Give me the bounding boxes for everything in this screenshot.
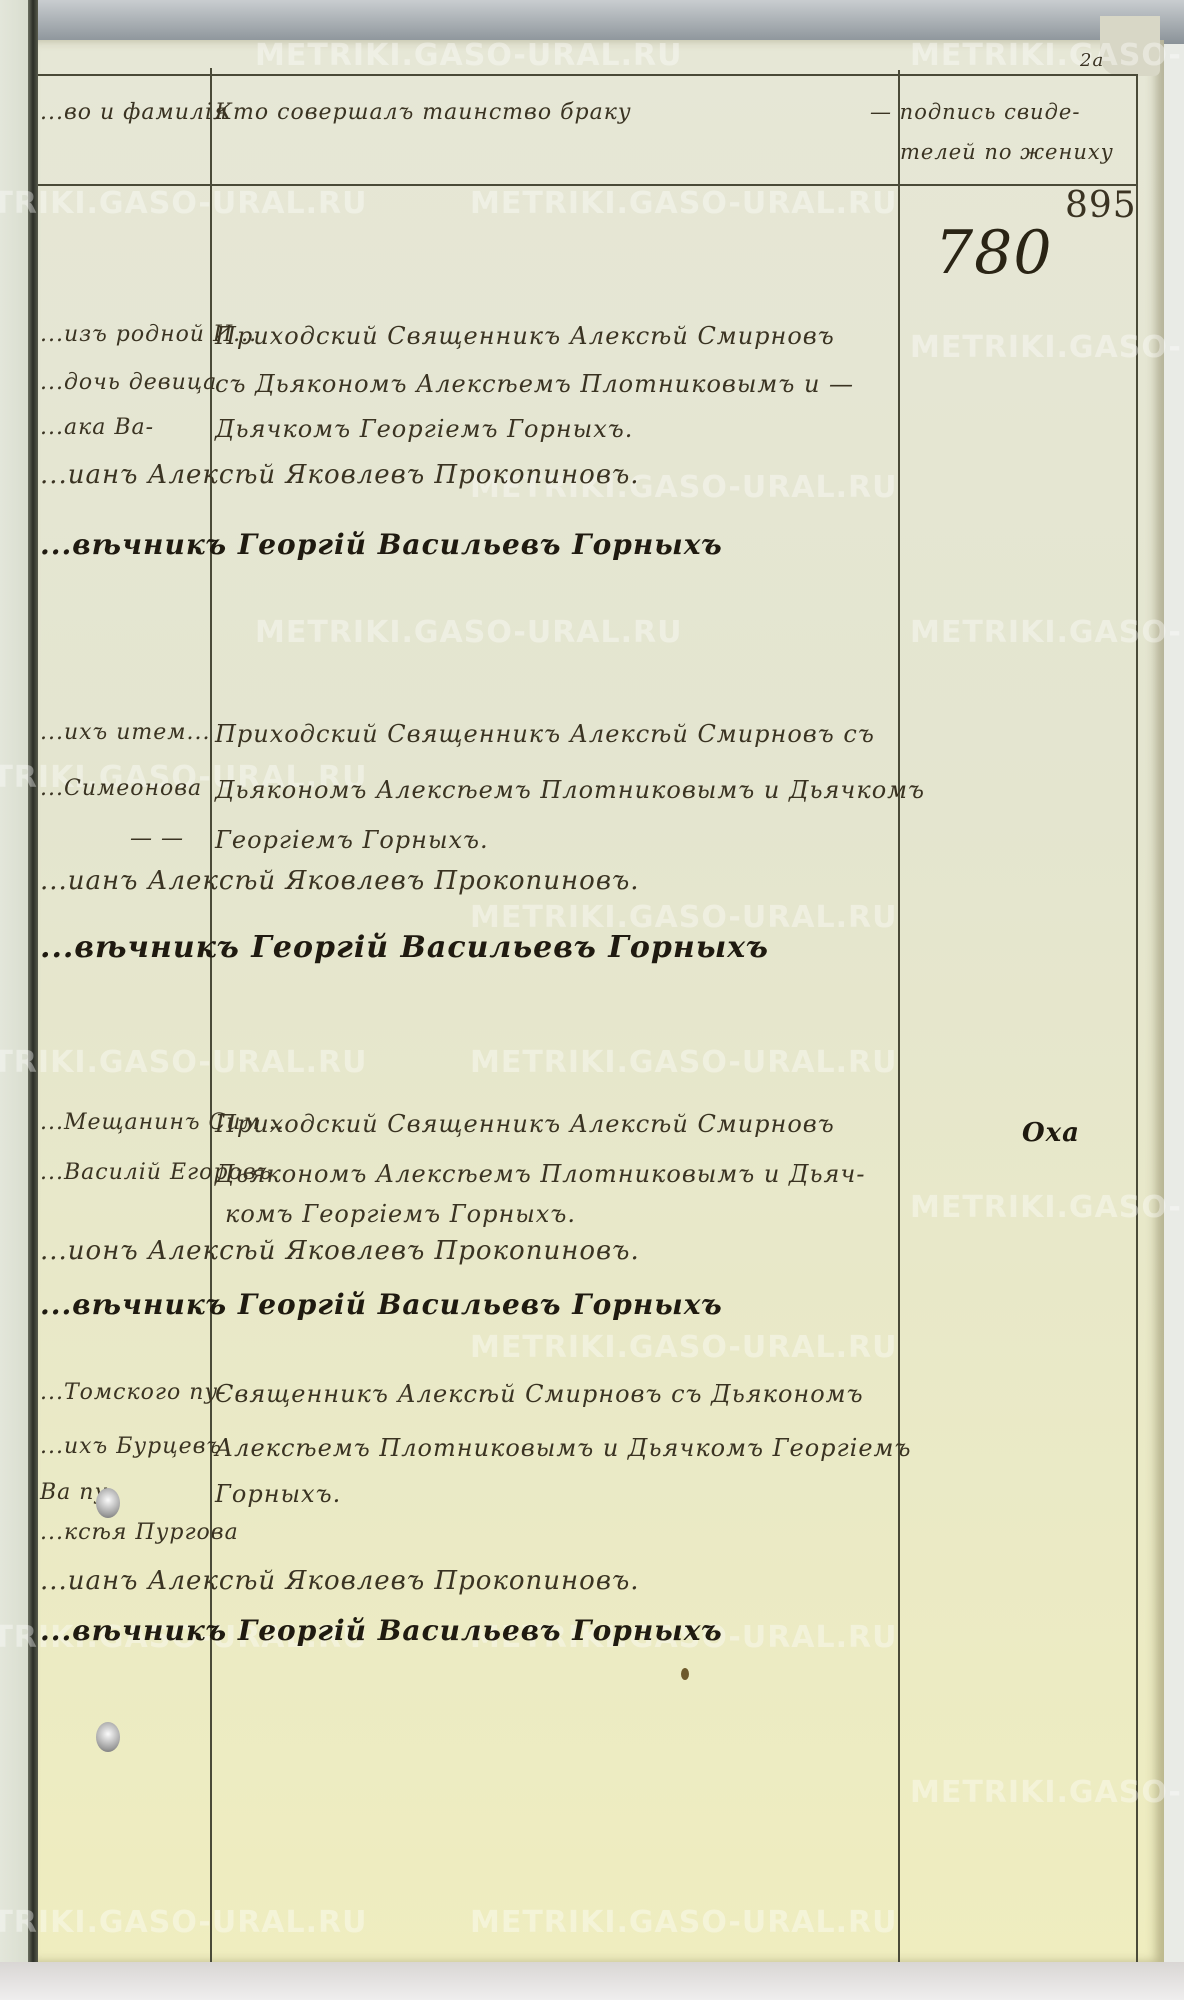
officiant-line: Священникъ Алексѣй Смирновъ съ Дьякономъ (215, 1380, 864, 1408)
witness-signature: ...вѣчникъ Георгій Васильевъ Горныхъ (40, 930, 769, 965)
witness-signature: ...ианъ Алексѣй Яковлевъ Прокопиновъ. (40, 1566, 640, 1596)
watermark: METRIKI.GASO-URAL.RU (910, 38, 1184, 73)
column-divider-1 (210, 68, 212, 1962)
watermark: METRIKI.GASO-URAL.RU (470, 1330, 898, 1365)
witness-signature: ...вѣчникъ Георгій Васильевъ Горныхъ (40, 1288, 723, 1321)
witness-signature: ...ианъ Алексѣй Яковлевъ Прокопиновъ. (40, 460, 640, 490)
entry-left-line: ...ихъ итем... (40, 720, 210, 745)
officiant-line: комъ Георгіемъ Горныхъ. (225, 1200, 576, 1228)
officiant-line: Приходский Священникъ Алексѣй Смирновъ с… (215, 720, 875, 748)
margin-number: 780 (935, 218, 1053, 288)
column-divider-2 (898, 70, 900, 1962)
watermark: METRIKI.GASO-URAL.RU (255, 615, 683, 650)
officiant-line: Приходский Священникъ Алексѣй Смирновъ (215, 1110, 835, 1138)
watermark: METRIKI.GASO-URAL.RU (470, 1045, 898, 1080)
header-column-3-line-2: телей по жениху (900, 140, 1114, 164)
officiant-line: съ Дьякономъ Алексѣемъ Плотниковымъ и — (215, 370, 854, 398)
entry-left-line: ...ксѣя Пургова (40, 1520, 239, 1545)
watermark: METRIKI.GASO-URAL.RU (910, 1190, 1184, 1225)
watermark: METRIKI.GASO-URAL.RU (255, 38, 683, 73)
officiant-line: Дьякономъ Алексѣемъ Плотниковымъ и Дьячк… (215, 776, 925, 804)
entry-left-line: ...ака Ва- (40, 415, 154, 440)
officiant-line: Приходский Священникъ Алексѣй Смирновъ (215, 322, 835, 350)
witness-signature: ...ионъ Алексѣй Яковлевъ Прокопиновъ. (40, 1236, 640, 1266)
marginal-note: Оха (1022, 1118, 1080, 1148)
officiant-line: Алексѣемъ Плотниковымъ и Дьячкомъ Георгі… (215, 1434, 911, 1462)
entry-left-line: ...ихъ Бурцевъ (40, 1434, 222, 1459)
entry-left-line: ...Томского пу- (40, 1380, 227, 1405)
watermark: METRIKI.GASO-URAL.RU (0, 1045, 368, 1080)
officiant-line: Дьячкомъ Георгіемъ Горныхъ. (215, 415, 633, 443)
entry-left-line: ...Симеонова (40, 776, 202, 801)
entry-left-line: ...дочь девица (40, 370, 217, 395)
binding-hole (96, 1488, 120, 1518)
watermark: METRIKI.GASO-URAL.RU (470, 186, 898, 221)
watermark: METRIKI.GASO-URAL.RU (0, 1905, 368, 1940)
witness-signature: ...вѣчникъ Георгій Васильевъ Горныхъ (40, 528, 723, 561)
officiant-line: Георгіемъ Горныхъ. (215, 826, 489, 854)
binding-hole (96, 1722, 120, 1752)
folio-mark: 2а (1080, 50, 1104, 71)
header-top-rule (38, 74, 1138, 76)
watermark: METRIKI.GASO-URAL.RU (470, 1905, 898, 1940)
header-column-1: ...во и фамилія (40, 100, 229, 125)
entry-left-line: — — (130, 826, 184, 851)
page-number: 895 (1065, 185, 1137, 226)
officiant-line: Горныхъ. (215, 1480, 341, 1508)
witness-signature: ...ианъ Алексѣй Яковлевъ Прокопиновъ. (40, 866, 640, 896)
header-column-2: Кто совершалъ таинство браку (215, 100, 632, 125)
watermark: METRIKI.GASO-URAL.RU (910, 330, 1184, 365)
header-column-3-line-1: — подпись свиде- (870, 100, 1080, 124)
witness-signature: ...вѣчникъ Георгій Васильевъ Горныхъ (40, 1614, 723, 1647)
watermark: METRIKI.GASO-URAL.RU (0, 186, 368, 221)
book-spine (28, 0, 38, 1962)
officiant-line: Дьякономъ Алексѣемъ Плотниковымъ и Дьяч- (215, 1160, 865, 1188)
watermark: METRIKI.GASO-URAL.RU (910, 1775, 1184, 1810)
watermark: METRIKI.GASO-URAL.RU (910, 615, 1184, 650)
scan-background-bottom (0, 1962, 1184, 2000)
ink-spot (681, 1668, 689, 1680)
